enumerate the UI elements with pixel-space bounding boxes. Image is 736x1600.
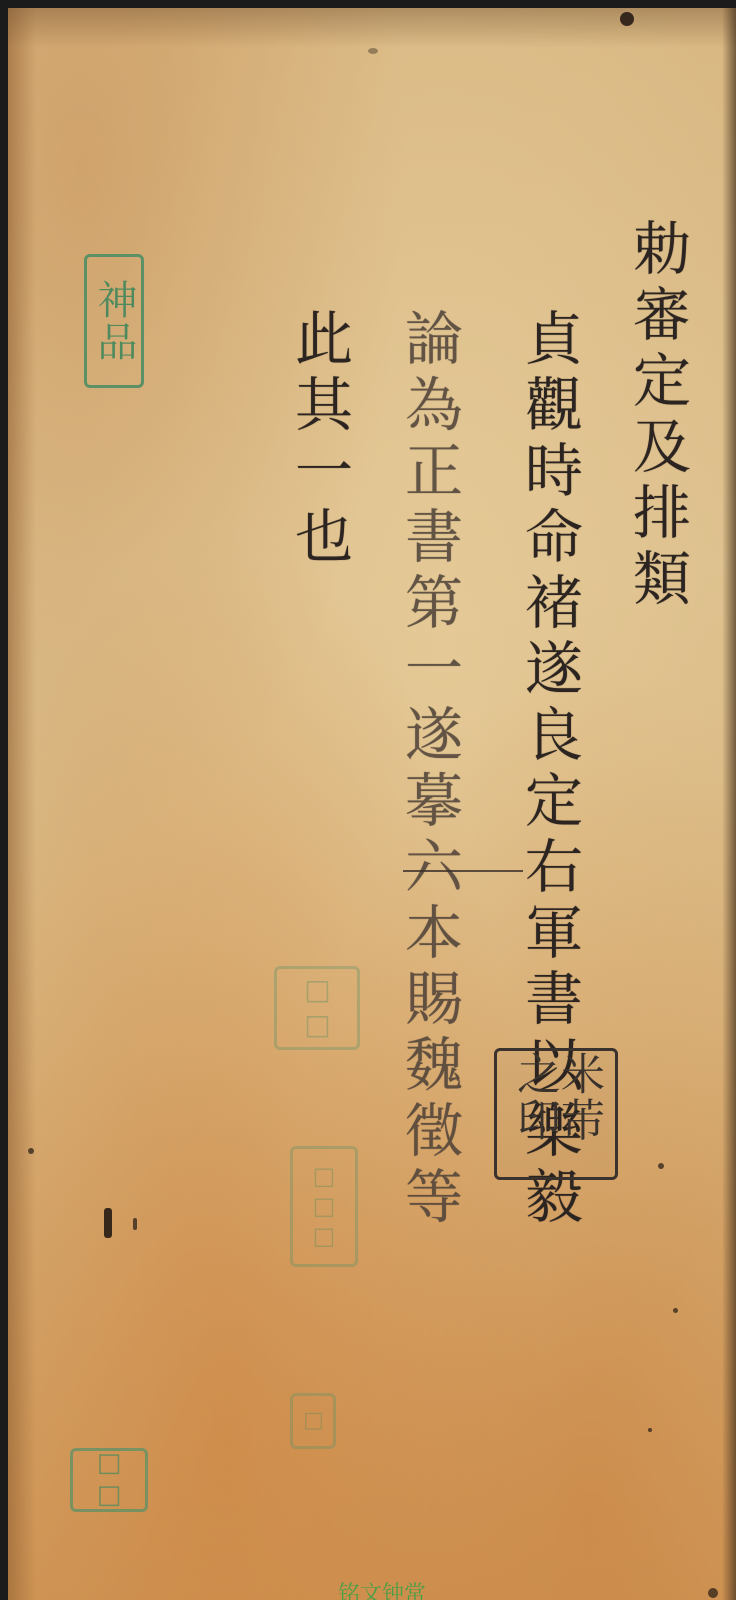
seal-text: □ xyxy=(302,1408,324,1435)
ink-speck xyxy=(658,1163,664,1169)
ink-speck xyxy=(368,48,378,54)
ink-speck xyxy=(708,1588,718,1598)
seal-bottom-faint: □ xyxy=(290,1393,336,1449)
calligraphy-column-3: 論為正書第一遂摹六本賜魏徵等 xyxy=(400,308,458,1232)
seal-text: 米芾之印 xyxy=(512,1051,600,1177)
ink-speck xyxy=(104,1208,112,1238)
ink-speck xyxy=(133,1218,137,1230)
seal-text: □□ xyxy=(303,973,331,1043)
ink-speck xyxy=(648,1428,652,1432)
ink-speck xyxy=(620,12,634,26)
paper-edge-stain xyxy=(8,8,36,1600)
seal-text: □□□ xyxy=(312,1162,336,1252)
calligraphy-scroll: 勅審定及排類 貞觀時命褚遂良定右軍書以樂毅 論為正書第一遂摹六本賜魏徵等 此其一… xyxy=(8,8,736,1600)
seal-ink-right: 米芾之印 xyxy=(494,1048,618,1180)
paper-right-edge xyxy=(722,8,736,1600)
strike-line xyxy=(403,870,523,872)
seal-bottom-left: □□ xyxy=(70,1448,148,1512)
ink-speck xyxy=(673,1308,678,1313)
seal-text: □□ xyxy=(96,1448,122,1512)
seal-shenpin: 神品 xyxy=(84,254,144,388)
seal-middle-faint: □□ xyxy=(274,966,360,1050)
bottom-caption: 铭文钟常 xyxy=(338,1577,426,1600)
ink-speck xyxy=(28,1148,34,1154)
seal-lower-faint: □□□ xyxy=(290,1146,358,1267)
calligraphy-column-4: 此其一也 xyxy=(290,308,348,572)
seal-text: 神品 xyxy=(94,279,134,363)
calligraphy-column-1: 勅審定及排類 xyxy=(628,218,686,614)
